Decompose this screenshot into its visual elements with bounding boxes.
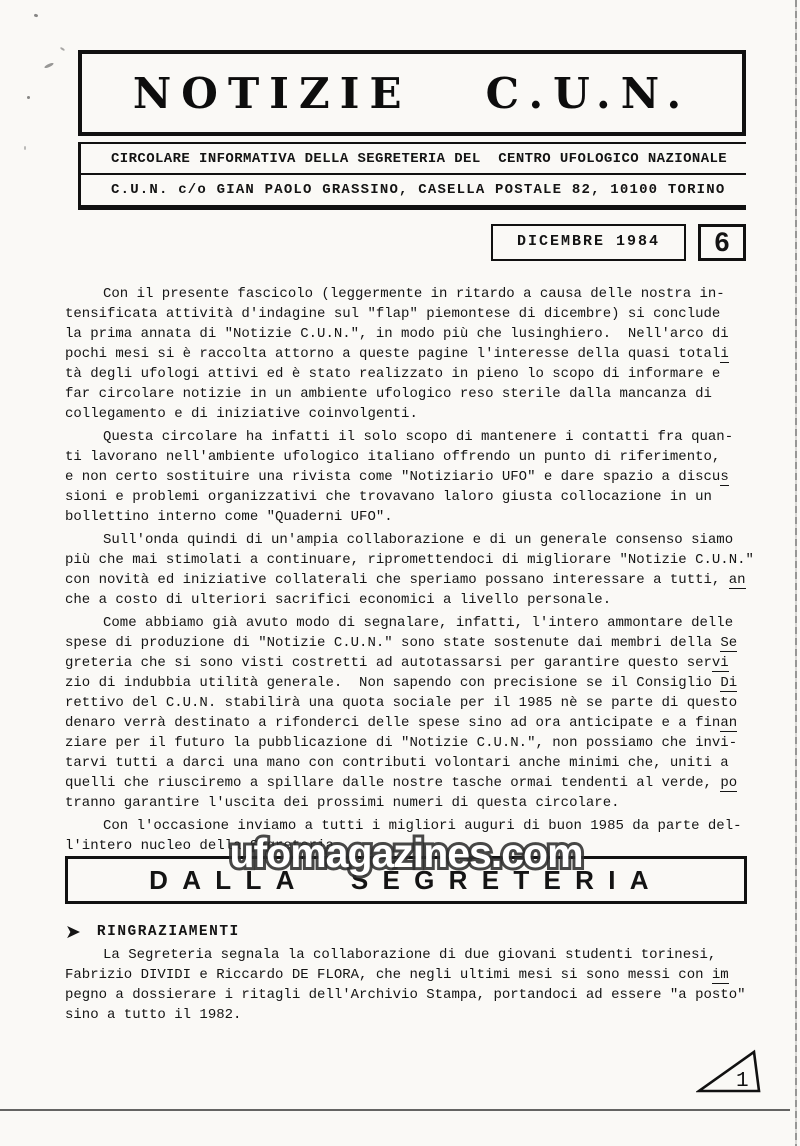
paragraph: Come abbiamo già avuto modo di segnalare… <box>65 613 755 813</box>
ringraziamenti-section: ➤ RINGRAZIAMENTI La Segreteria segnala l… <box>65 922 755 1025</box>
underlined-text: an <box>720 715 737 732</box>
section-banner-area: DALLA SEGRETERIA ufomagazines.com <box>65 856 747 898</box>
text-line: sioni e problemi organizzativi che trova… <box>65 487 755 507</box>
masthead: NOTIZIE C.U.N. CIRCOLARE INFORMATIVA DEL… <box>78 50 746 261</box>
underlined-text: an <box>729 572 746 589</box>
underlined-text: vi <box>712 655 729 672</box>
text-line: la prima annata di "Notizie C.U.N.", in … <box>65 324 755 344</box>
watermark: ufomagazines.com <box>229 830 582 877</box>
text-line: zio di indubbia utilità generale. Non sa… <box>65 673 755 693</box>
text-line: più che mai stimolati a continuare, ripr… <box>65 550 755 570</box>
text-line: Con il presente fascicolo (leggermente i… <box>65 284 755 304</box>
text-line: tarvi tutti a darci una mano con contrib… <box>65 753 755 773</box>
text-line: Come abbiamo già avuto modo di segnalare… <box>65 613 755 633</box>
text-line: La Segreteria segnala la collaborazione … <box>65 945 755 965</box>
page-number: 1 <box>736 1070 749 1093</box>
issue-row: DICEMBRE 1984 6 <box>78 224 746 261</box>
text-line: spese di produzione di "Notizie C.U.N." … <box>65 633 755 653</box>
text-line: denaro verrà destinato a rifonderci dell… <box>65 713 755 733</box>
issue-number-box: 6 <box>698 224 746 261</box>
underlined-text: im <box>712 967 729 984</box>
masthead-subtitle: CIRCOLARE INFORMATIVA DELLA SEGRETERIA D… <box>81 142 746 173</box>
text-line: pegno a dossierare i ritagli dell'Archiv… <box>65 985 755 1005</box>
paragraph: Con il presente fascicolo (leggermente i… <box>65 284 755 424</box>
underlined-text: Se <box>720 635 737 652</box>
text-line: quelli che riusciremo a spillare dalle n… <box>65 773 755 793</box>
text-line: Questa circolare ha infatti il solo scop… <box>65 427 755 447</box>
arrow-icon: ➤ <box>65 925 81 939</box>
text-line: Sull'onda quindi di un'ampia collaborazi… <box>65 530 755 550</box>
masthead-address: C.U.N. c/o GIAN PAOLO GRASSINO, CASELLA … <box>81 173 746 210</box>
text-line: che a costo di ulteriori sacrifici econo… <box>65 590 755 610</box>
paragraph: Questa circolare ha infatti il solo scop… <box>65 427 755 527</box>
section-heading-row: ➤ RINGRAZIAMENTI <box>65 922 755 942</box>
underlined-text: i <box>720 346 728 363</box>
text-line: tensificata attività d'indagine sul "fla… <box>65 304 755 324</box>
text-line: Fabrizio DIVIDI e Riccardo DE FLORA, che… <box>65 965 755 985</box>
scanned-page: NOTIZIE C.U.N. CIRCOLARE INFORMATIVA DEL… <box>0 0 800 1146</box>
underlined-text: s <box>720 469 728 486</box>
scan-bottom-edge <box>0 1109 790 1111</box>
text-line: bollettino interno come "Quaderni UFO". <box>65 507 755 527</box>
text-line: tranno garantire l'uscita dei prossimi n… <box>65 793 755 813</box>
scan-noise <box>44 62 54 69</box>
text-line: con novità ed iniziative collaterali che… <box>65 570 755 590</box>
text-line: ziare per il futuro la pubblicazione di … <box>65 733 755 753</box>
text-line: ti lavorano nell'ambiente ufologico ital… <box>65 447 755 467</box>
scan-right-edge <box>795 0 797 1146</box>
scan-noise <box>60 47 65 52</box>
section-text: La Segreteria segnala la collaborazione … <box>65 945 755 1025</box>
underlined-text: po <box>720 775 737 792</box>
text-line: greteria che si sono visti costretti ad … <box>65 653 755 673</box>
newsletter-title-box: NOTIZIE C.U.N. <box>78 50 746 136</box>
text-line: tà degli ufologi attivi ed è stato reali… <box>65 364 755 384</box>
paragraph: Sull'onda quindi di un'ampia collaborazi… <box>65 530 755 610</box>
text-line: sino a tutto il 1982. <box>65 1005 755 1025</box>
editorial-text: Con il presente fascicolo (leggermente i… <box>65 284 755 859</box>
scan-noise <box>27 96 30 99</box>
newsletter-title: NOTIZIE C.U.N. <box>133 69 691 118</box>
text-line: rettivo del C.U.N. stabilirà una quota s… <box>65 693 755 713</box>
masthead-subtitles: CIRCOLARE INFORMATIVA DELLA SEGRETERIA D… <box>78 142 746 210</box>
text-line: e non certo sostituire una rivista come … <box>65 467 755 487</box>
page-number-triangle: 1 <box>696 1048 762 1094</box>
section-heading: RINGRAZIAMENTI <box>97 922 240 942</box>
text-line: pochi mesi si è raccolta attorno a quest… <box>65 344 755 364</box>
issue-date-box: DICEMBRE 1984 <box>491 224 686 261</box>
scan-noise <box>34 13 39 17</box>
text-line: far circolare notizie in un ambiente ufo… <box>65 384 755 404</box>
scan-noise <box>24 146 26 150</box>
text-line: collegamento e di iniziative coinvolgent… <box>65 404 755 424</box>
triangle-outline <box>699 1052 759 1091</box>
underlined-text: Di <box>720 675 737 692</box>
